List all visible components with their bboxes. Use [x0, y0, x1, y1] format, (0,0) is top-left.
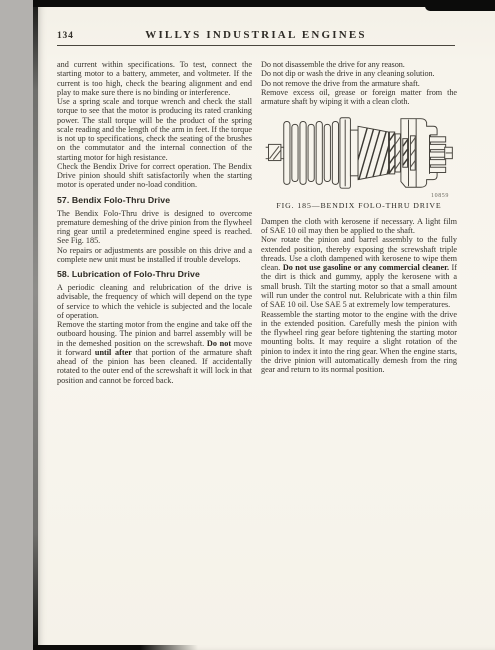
page-edge-shadow [33, 0, 38, 650]
note-line: Do not disassemble the drive for any rea… [261, 60, 457, 69]
section-57-heading: 57. Bendix Folo-Thru Drive [57, 196, 252, 206]
figure-block: 10859 FIG. 185—BENDIX FOLO-THRU DRIVE [261, 112, 457, 211]
right-column: Do not disassemble the drive for any rea… [261, 60, 457, 385]
page-header: 134 WILLYS INDUSTRIAL ENGINES [57, 29, 455, 46]
shaft-stub-right [445, 148, 453, 159]
paragraph: The Bendix Folo-Thru drive is designed t… [57, 209, 252, 246]
paragraph: Remove the starting motor from the engin… [57, 320, 252, 385]
control-nut-rings [389, 132, 400, 174]
header-title: WILLYS INDUSTRIAL ENGINES [57, 29, 455, 41]
figure-caption: FIG. 185—BENDIX FOLO-THRU DRIVE [261, 202, 457, 211]
scan-bottom-edge [33, 645, 198, 650]
paragraph: Now rotate the pinion and barrel assembl… [261, 235, 457, 309]
do-not-notes: Do not disassemble the drive for any rea… [261, 60, 457, 106]
paragraph: A periodic cleaning and relubrication of… [57, 283, 252, 320]
page-content: 134 WILLYS INDUSTRIAL ENGINES and curren… [57, 29, 457, 385]
paragraph: and current within specifications. To te… [57, 60, 252, 97]
note-line: Do not dip or wash the drive in any clea… [261, 69, 457, 78]
paragraph: Reassemble the starting motor to the eng… [261, 310, 457, 375]
pinion-teeth [429, 135, 445, 174]
note-line: Do not remove the drive from the armatur… [261, 79, 457, 88]
note-line: Remove excess oil, grease or foreign mat… [261, 88, 457, 107]
left-column: and current within specifications. To te… [57, 60, 252, 385]
scan-top-right-edge [425, 0, 495, 11]
paragraph: Check the Bendix Drive for correct opera… [57, 162, 252, 190]
figure-id-number: 10859 [261, 193, 449, 200]
section-58-heading: 58. Lubrication of Folo-Thru Drive [57, 270, 252, 280]
paragraph: Dampen the cloth with kerosene if necess… [261, 217, 457, 236]
paragraph: No repairs or adjustments are possible o… [57, 246, 252, 265]
page-number: 134 [57, 31, 74, 41]
paragraph: Use a spring scale and torque wrench and… [57, 97, 252, 162]
spring-coil [284, 122, 339, 185]
text-columns: and current within specifications. To te… [57, 60, 457, 385]
bendix-drive-figure [261, 112, 457, 192]
drive-end-plate [340, 118, 358, 188]
